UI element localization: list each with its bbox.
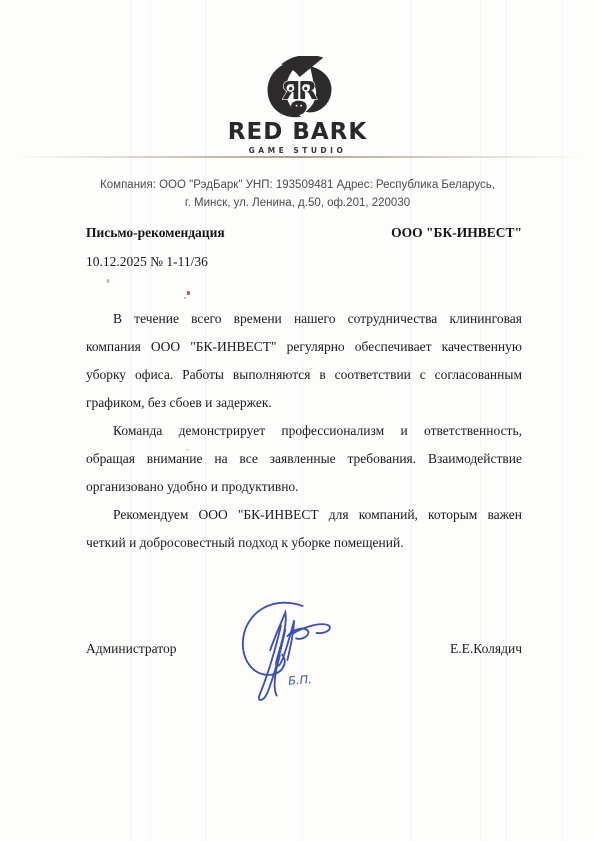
logo-monogram: ЯR <box>281 76 317 105</box>
ink-speck <box>186 449 189 451</box>
date-reference: 10.12.2025 № 1-11/36 <box>86 253 522 271</box>
signature-row: Администратор Б.П. Е <box>86 597 522 712</box>
company-info-line1: Компания: ООО "РэдБарк" УНП: 193509481 А… <box>0 176 595 194</box>
signer-role: Администратор <box>86 641 177 657</box>
letter-body: Письмо-рекомендация ООО "БК-ИНВЕСТ" 10.1… <box>86 224 522 712</box>
scanned-letter-page: ЯR RED BARK GAME STUDIO Компания: ООО "Р… <box>0 0 595 841</box>
paragraph-3: Рекомендуем ООО "БК-ИНВЕСТ для компаний,… <box>86 501 522 557</box>
letter-recipient: ООО "БК-ИНВЕСТ" <box>391 224 522 242</box>
brand-tagline: GAME STUDIO <box>0 146 595 155</box>
ink-speck <box>187 291 190 295</box>
handwritten-signature: Б.П. <box>226 593 336 701</box>
letter-title: Письмо-рекомендация <box>86 224 225 242</box>
red-bark-dog-monogram-icon: ЯR <box>250 56 346 120</box>
letter-head: Письмо-рекомендация ООО "БК-ИНВЕСТ" <box>86 224 522 242</box>
ink-speck <box>184 297 186 299</box>
paragraph-2: Команда демонстрирует профессионализм и … <box>86 417 522 501</box>
logo-block: ЯR RED BARK GAME STUDIO <box>0 56 595 155</box>
company-info: Компания: ООО "РэдБарк" УНП: 193509481 А… <box>0 176 595 212</box>
paragraph-1: В течение всего времени нашего сотруднич… <box>86 305 522 417</box>
company-info-line2: г. Минск, ул. Ленина, д.50, оф.201, 2200… <box>0 194 595 212</box>
signer-name: Е.Е.Колядич <box>450 641 522 657</box>
brand-wordmark: RED BARK <box>0 120 595 144</box>
letter-paragraphs: В течение всего времени нашего сотруднич… <box>86 305 522 557</box>
signature-initials-note: Б.П. <box>288 672 312 688</box>
header-divider <box>14 156 581 158</box>
